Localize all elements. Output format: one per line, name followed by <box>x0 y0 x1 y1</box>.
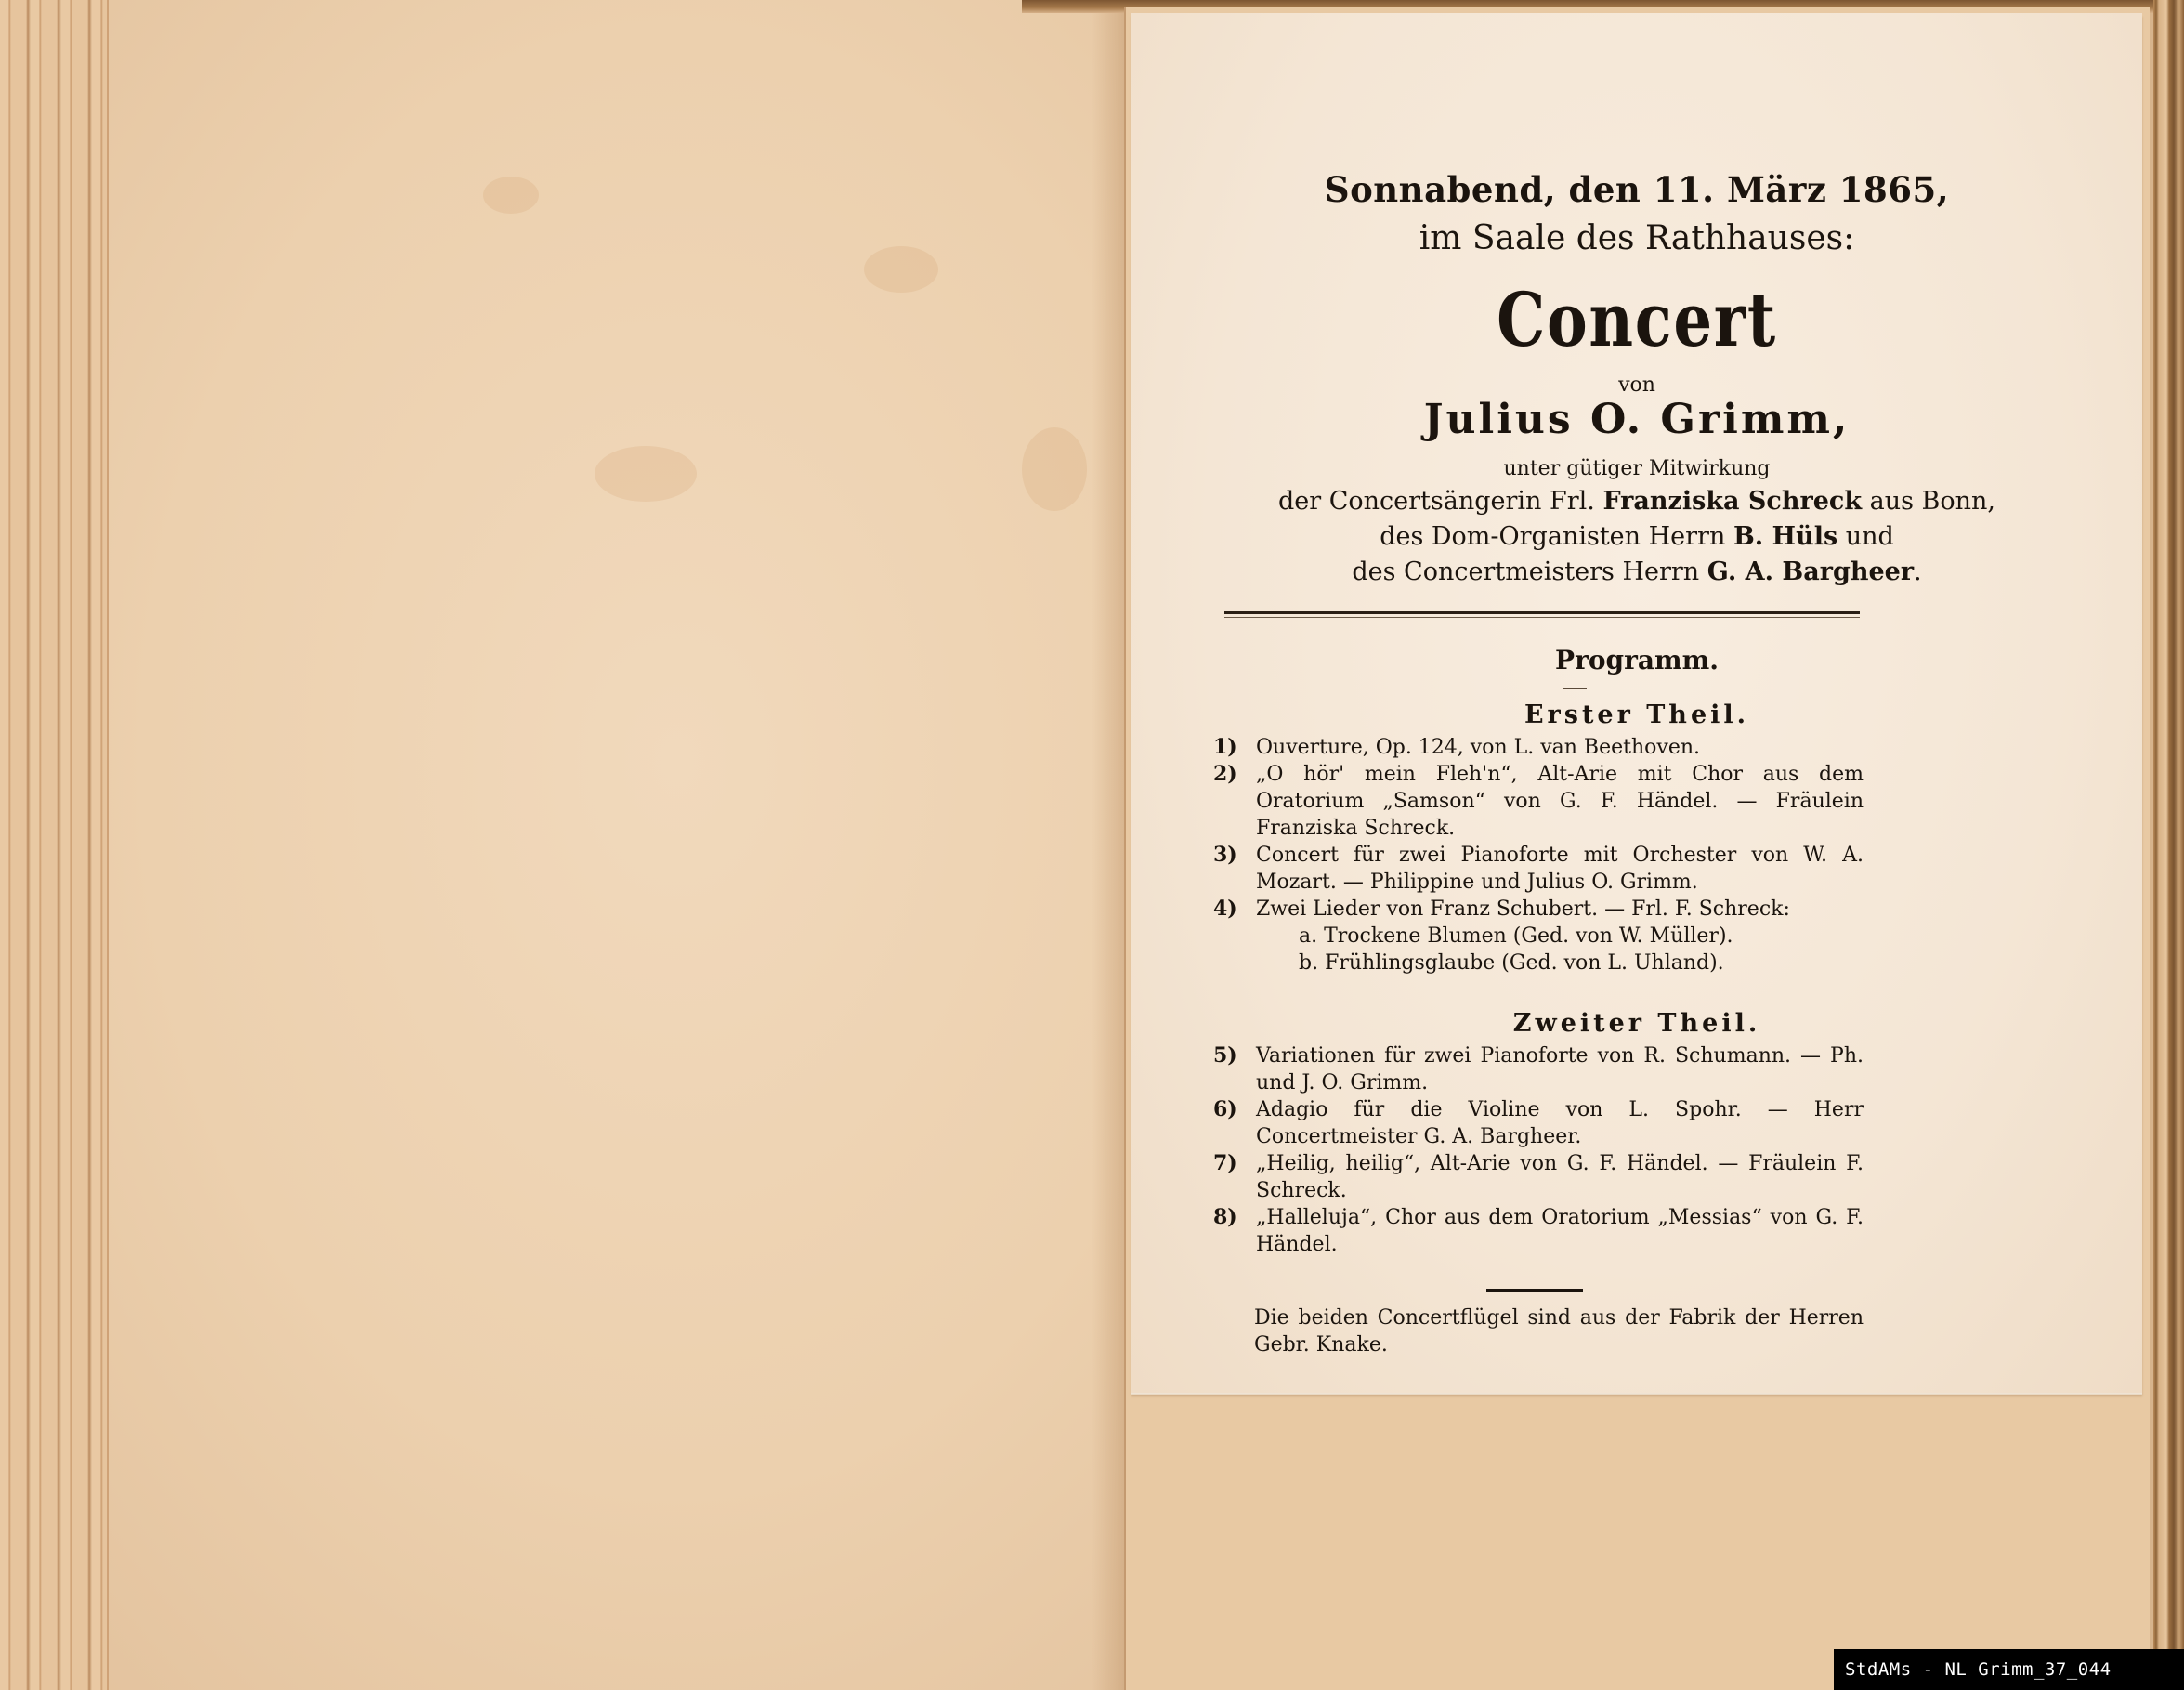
performer-name: G. A. Bargheer <box>1707 557 1914 586</box>
programme-item: 3) Concert für zwei Pianoforte mit Orche… <box>1213 842 1864 896</box>
page-edges-left <box>0 0 109 1690</box>
foxing-stain <box>483 177 539 214</box>
performer-line: des Concertmeisters Herrn G. A. Bargheer… <box>1131 557 2142 586</box>
programme-heading: Programm. <box>1131 645 2142 675</box>
programme-item: 5) Variationen für zwei Pianoforte von R… <box>1213 1042 1864 1096</box>
programme-sub-item: a. Trockene Blumen (Ged. von W. Müller). <box>1213 923 1864 950</box>
foxing-stain <box>1022 427 1087 511</box>
programme-item: 1) Ouverture, Op. 124, von L. van Beetho… <box>1213 734 1864 761</box>
concert-title: Concert <box>1223 276 2051 363</box>
performer-line: der Concertsängerin Frl. Franziska Schre… <box>1131 487 2142 516</box>
cooperation-line: unter gütiger Mitwirkung <box>1131 457 2142 480</box>
short-rule-divider <box>1563 688 1587 689</box>
archive-label: StdAMs - NL Grimm_37_044 <box>1834 1649 2184 1690</box>
double-rule-divider <box>1224 611 1860 618</box>
footnote: Die beiden Concertflügel sind aus der Fa… <box>1213 1304 1864 1358</box>
programme-item: 6) Adagio für die Violine von L. Spohr. … <box>1213 1096 1864 1150</box>
programme-sub-item: b. Frühlingsglaube (Ged. von L. Uhland). <box>1213 950 1864 976</box>
foxing-stain <box>864 246 938 293</box>
left-page-blank <box>0 0 1129 1690</box>
performer-name: Franziska Schreck <box>1602 487 1862 516</box>
programme-list-part-2: 5) Variationen für zwei Pianoforte von R… <box>1213 1042 1864 1258</box>
von-label: von <box>1131 373 2142 397</box>
composer-name: Julius O. Grimm, <box>1131 396 2142 443</box>
section-heading-part-1: Erster Theil. <box>1131 701 2142 729</box>
sheet-bottom-edge <box>1131 1394 2142 1395</box>
programme-item: 8) „Halleluja“, Chor aus dem Oratorium „… <box>1213 1204 1864 1258</box>
gutter-shadow <box>1092 0 1129 1690</box>
performer-name: B. Hüls <box>1733 522 1837 551</box>
programme-item: 2) „O hör' mein Fleh'n“, Alt-Arie mit Ch… <box>1213 761 1864 842</box>
bold-rule-divider <box>1486 1289 1583 1292</box>
programme-item: 4) Zwei Lieder von Franz Schubert. — Frl… <box>1213 896 1864 923</box>
programme-sheet: Sonnabend, den 11. März 1865, im Saale d… <box>1131 13 2142 1393</box>
date-line: Sonnabend, den 11. März 1865, <box>1131 169 2142 210</box>
section-heading-part-2: Zweiter Theil. <box>1131 1009 2142 1038</box>
foxing-stain <box>595 446 697 502</box>
programme-item: 7) „Heilig, heilig“, Alt-Arie von G. F. … <box>1213 1150 1864 1204</box>
programme-list-part-1: 1) Ouverture, Op. 124, von L. van Beetho… <box>1213 734 1864 976</box>
book-cover-edge-right <box>2153 0 2184 1690</box>
performer-line: des Dom-Organisten Herrn B. Hüls und <box>1131 522 2142 551</box>
venue-line: im Saale des Rathhauses: <box>1131 219 2142 257</box>
